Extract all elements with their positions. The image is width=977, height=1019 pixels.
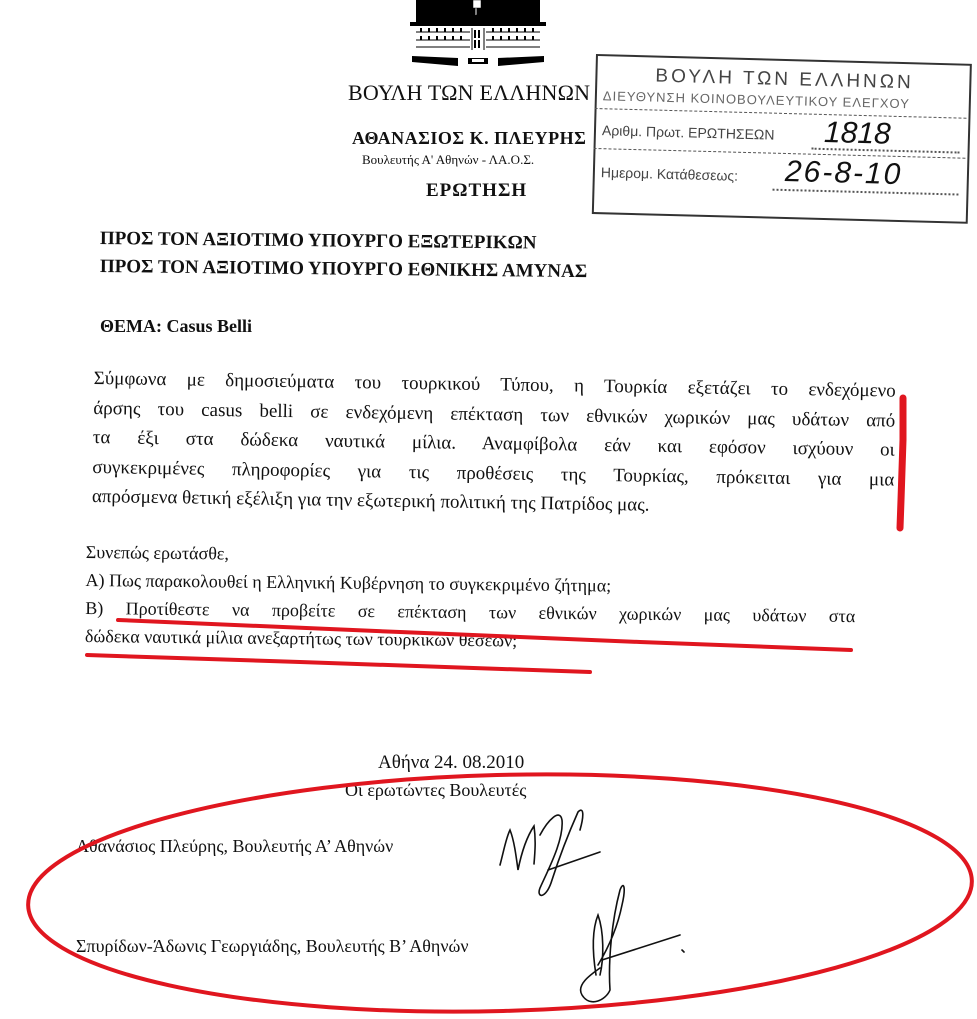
document-date: Αθήνα 24. 08.2010	[378, 752, 524, 774]
signature-circle-mark	[25, 763, 975, 1019]
parliament-title: ΒΟΥΛΗ ΤΩΝ ΕΛΛΗΝΩΝ	[348, 80, 590, 106]
parliament-emblem-icon	[410, 0, 546, 72]
body-paragraph: Σύμφωνα με δημοσιεύματα του τουρκικού Τύ…	[92, 364, 896, 524]
signer-name: Σπυρίδων-Άδωνις Γεωργιάδης, Βουλευτής Β’…	[76, 936, 468, 957]
stamp-date-value: 26-8-10	[785, 155, 903, 192]
subject-line: ΘΕΜΑ: Casus Belli	[100, 316, 252, 337]
document-type: ΕΡΩΤΗΣΗ	[426, 180, 527, 202]
question-b-text: Προτίθεστε να προβείτε σε επέκταση των ε…	[126, 598, 856, 626]
stamp-protocol-value: 1818	[824, 116, 892, 152]
signature-1-icon	[500, 810, 600, 895]
signer-name: Αθανάσιος Πλεύρης, Βουλευτής Α’ Αθηνών	[76, 836, 393, 857]
questions-block: Συνεπώς ερωτάσθε, Α) Πως παρακολουθεί η …	[85, 538, 856, 658]
margin-bar-mark	[900, 398, 903, 528]
underline-mark	[87, 655, 590, 672]
subject-value: Casus Belli	[167, 316, 253, 336]
recipient-foreign-minister: ΠΡΟΣ ΤΟΝ ΑΞΙΟΤΙΜΟ ΥΠΟΥΡΓΟ ΕΞΩΤΕΡΙΚΩΝ	[100, 228, 537, 255]
askers-label: Οι ερωτώντες Βουλευτές	[345, 780, 526, 801]
subject-label: ΘΕΜΑ:	[100, 316, 162, 336]
author-role: Βουλευτής Α' Αθηνών - ΛΑ.Ο.Σ.	[362, 152, 534, 168]
author-name: ΑΘΑΝΑΣΙΟΣ Κ. ΠΛΕΥΡΗΣ	[352, 128, 586, 149]
signature-2-icon	[581, 886, 684, 1002]
registration-stamp: ΒΟΥΛΗ ΤΩΝ ΕΛΛΗΝΩΝ ΔΙΕΥΘΥΝΣΗ ΚΟΙΝΟΒΟΥΛΕΥΤ…	[592, 54, 972, 224]
recipient-defence-minister: ΠΡΟΣ ΤΟΝ ΑΞΙΟΤΙΜΟ ΥΠΟΥΡΓΟ ΕΘΝΙΚΗΣ ΑΜΥΝΑΣ	[100, 256, 588, 283]
question-b-prefix: Β)	[85, 598, 103, 618]
